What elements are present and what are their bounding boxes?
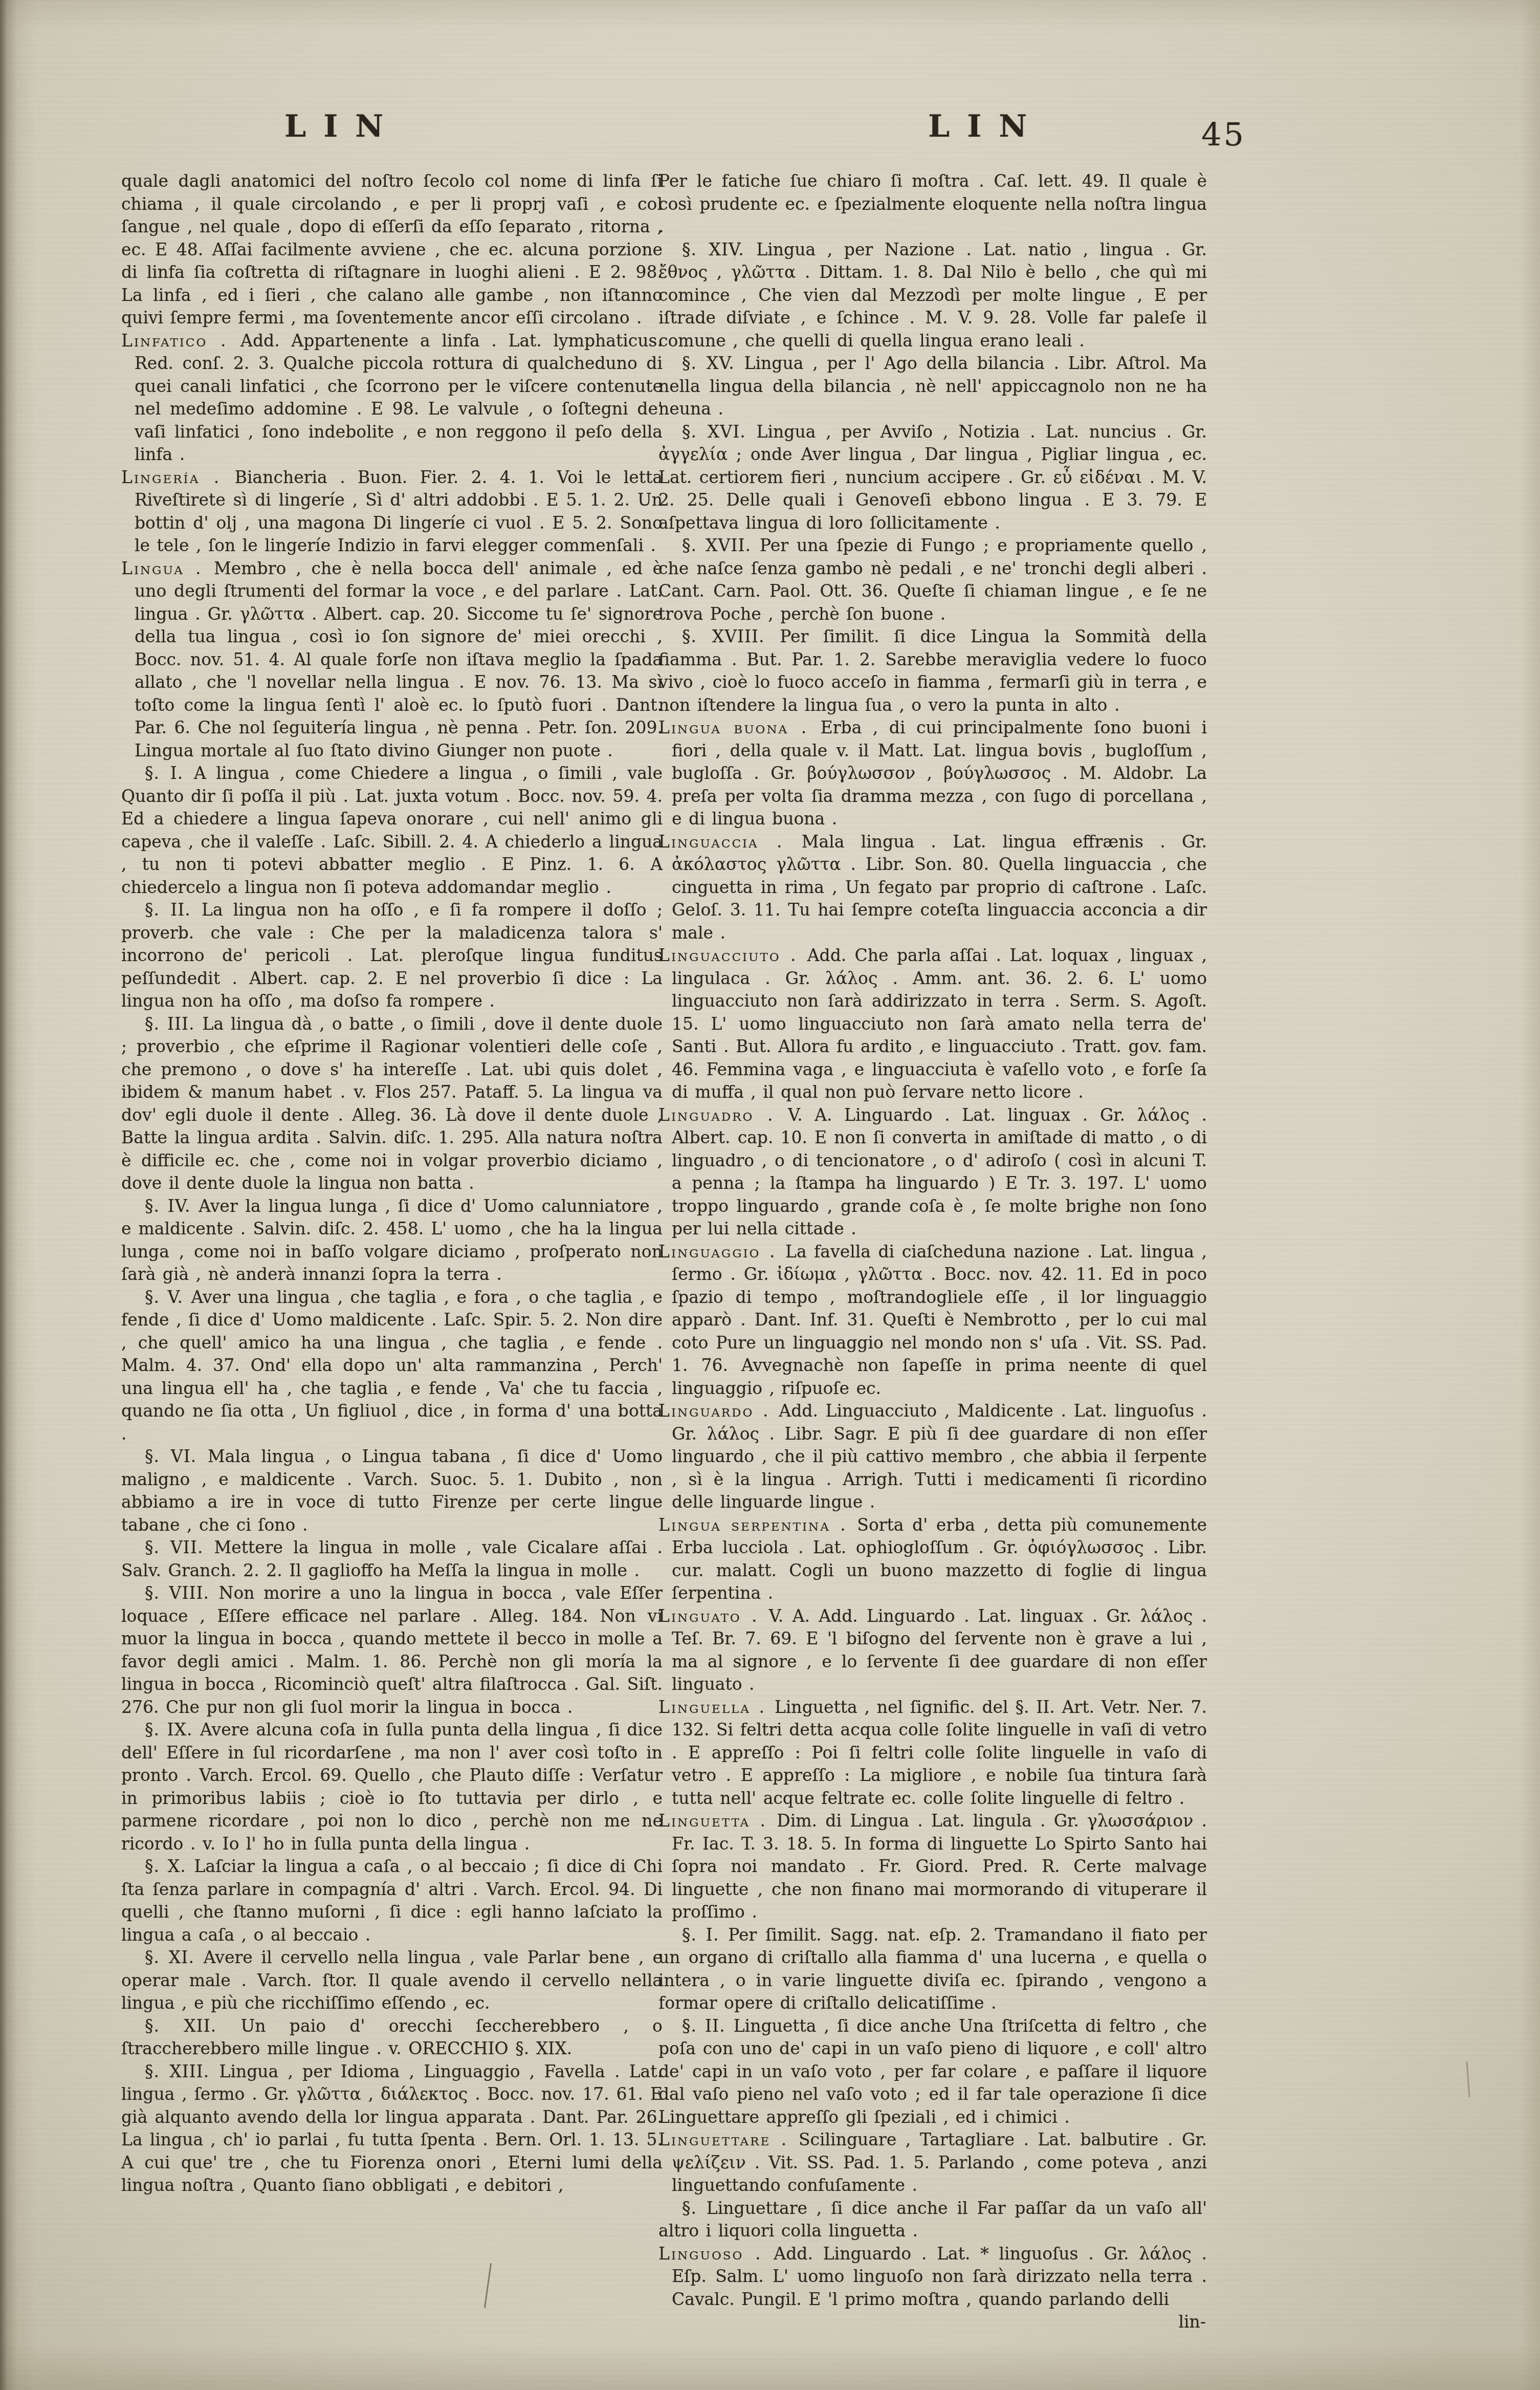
section-number: §. VIII. (145, 1583, 219, 1603)
entry-section: §. XI. Avere il cervello nella lingua , … (121, 1946, 663, 2015)
dictionary-entry: Linguetta . Dim. di Lingua . Lat. lingul… (658, 1810, 1207, 1924)
entry-headword: Linguetta . (658, 1811, 777, 1831)
section-number: §. XIV. (682, 240, 756, 259)
section-number: §. I. (682, 1925, 728, 1945)
entry-headword: Linguaccia . (658, 832, 802, 852)
entry-headword: Linguardo . (658, 1401, 779, 1421)
dictionary-entry: Linguaggio . La favella di ciaſcheduna n… (658, 1241, 1207, 1400)
dictionary-entry: Lingua . Membro , che è nella bocca dell… (121, 557, 663, 763)
scan-artifact (484, 2263, 492, 2308)
running-title-right: LIN (928, 108, 1044, 144)
dictionary-entry: Linguella . Linguetta , nel ſignific. de… (658, 1696, 1207, 1810)
section-number: §. V. (145, 1287, 191, 1307)
dictionary-entry: Lingua buona . Erba , di cui principalme… (658, 716, 1207, 831)
section-number: §. XI. (145, 1947, 204, 1967)
section-number: §. VI. (145, 1446, 208, 1466)
dictionary-entry: Linguacciuto . Add. Che parla aſſai . La… (658, 944, 1207, 1104)
section-number: §. XVII. (682, 535, 760, 555)
dictionary-entry: Linguardo . Add. Linguacciuto , Maldicen… (658, 1400, 1207, 1514)
entry-section: §. X. Laſciar la lingua a caſa , o al be… (121, 1855, 663, 1946)
entry-headword: Linguettare . (658, 2130, 799, 2149)
entry-section: §. V. Aver una lingua , che taglia , e f… (121, 1286, 663, 1446)
entry-section: §. II. La lingua non ha oſſo , e ſi fa r… (121, 899, 663, 1013)
section-number: §. VII. (145, 1537, 214, 1557)
dictionary-entry: Linguadro . V. A. Linguardo . Lat. lingu… (658, 1104, 1207, 1241)
entry-section: §. XVII. Per una ſpezie di Fungo ; e pro… (658, 534, 1207, 625)
entry-section: §. VII. Mettere la lingua in molle , val… (121, 1536, 663, 1582)
entry-headword: Linguoso . (658, 2244, 774, 2264)
section-number: §. IV. (145, 1196, 199, 1216)
entry-headword: Lingua . (121, 558, 214, 578)
entry-section: §. XII. Un paio d' orecchi ſeccherebbero… (121, 2015, 663, 2060)
entry-section: §. Linguettare , ſi dice anche il Far pa… (658, 2197, 1207, 2243)
section-number: §. IX. (145, 1720, 200, 1740)
section-number: §. XV. (682, 353, 744, 373)
entry-section: §. II. Linguetta , ſi dice anche Una ſtr… (658, 2015, 1207, 2129)
entry-headword: Linguaggio . (658, 1242, 785, 1262)
entry-section: §. XV. Lingua , per l' Ago della bilanci… (658, 352, 1207, 421)
entry-headword: Linguadro . (658, 1105, 788, 1125)
entry-section: §. XIII. Lingua , per Idioma , Linguaggi… (121, 2060, 663, 2197)
entry-section: §. XIV. Lingua , per Nazione . Lat. nati… (658, 238, 1207, 353)
dictionary-entry: Linguaccia . Mala lingua . Lat. lingua e… (658, 831, 1207, 945)
running-title-left: LIN (284, 108, 401, 144)
section-number: §. II. (682, 2016, 734, 2036)
entry-section: §. VI. Mala lingua , o Lingua tabana , ſ… (121, 1445, 663, 1536)
section-number: §. XIII. (145, 2061, 219, 2081)
page-number: 45 (1201, 116, 1246, 153)
continuation-paragraph: Per le fatiche ſue chiaro ſi moſtra . Ca… (658, 170, 1207, 238)
section-number: §. XII. (145, 2016, 241, 2036)
section-number: §. I. (145, 763, 194, 783)
scanned-book-page: LIN LIN 45 quale dagli anatomici del noſ… (0, 0, 1540, 2390)
section-number: §. (682, 2198, 707, 2218)
entry-section: §. I. A lingua , come Chiedere a lingua … (121, 762, 663, 899)
dictionary-entry: Lingería . Biancheria . Buon. Fier. 2. 4… (121, 466, 663, 557)
section-number: §. X. (145, 1856, 194, 1876)
entry-headword: Linguato . (658, 1606, 769, 1626)
dictionary-entry: Linguato . V. A. Add. Linguardo . Lat. l… (658, 1605, 1207, 1696)
entry-headword: Lingua buona . (658, 718, 821, 737)
text-column-left: quale dagli anatomici del noſtro ſecolo … (121, 170, 663, 2197)
entry-headword: Lingua serpentina . (658, 1515, 857, 1535)
text-column-right: Per le fatiche ſue chiaro ſi moſtra . Ca… (658, 170, 1207, 2334)
entry-section: §. IV. Aver la lingua lunga , ſi dice d'… (121, 1195, 663, 1286)
entry-section: §. I. Per ſimilit. Sagg. nat. eſp. 2. Tr… (658, 1924, 1207, 2015)
entry-section: §. VIII. Non morire a uno la lingua in b… (121, 1582, 663, 1719)
section-number: §. XVI. (682, 422, 757, 442)
dictionary-entry: Linguettare . Scilinguare , Tartagliare … (658, 2128, 1207, 2197)
continuation-paragraph: quale dagli anatomici del noſtro ſecolo … (121, 170, 663, 330)
entry-headword: Linguella . (658, 1697, 775, 1717)
entry-section: §. III. La lingua dà , o batte , o ſimil… (121, 1013, 663, 1195)
entry-headword: Linguacciuto . (658, 945, 807, 965)
section-number: §. XVIII. (682, 626, 780, 646)
dictionary-entry: Linfatico . Add. Appartenente a linfa . … (121, 330, 663, 466)
dictionary-entry: Linguoso . Add. Linguardo . Lat. * lingu… (658, 2243, 1207, 2311)
entry-headword: Linfatico . (121, 331, 240, 351)
entry-section: §. XVIII. Per ſimilit. ſi dice Lingua la… (658, 625, 1207, 716)
section-number: §. III. (145, 1014, 203, 1034)
entry-section: §. XVI. Lingua , per Avviſo , Notizia . … (658, 421, 1207, 535)
dictionary-entry: Lingua serpentina . Sorta d' erba , dett… (658, 1514, 1207, 1605)
entry-section: §. IX. Avere alcuna coſa in ſulla punta … (121, 1719, 663, 1855)
section-number: §. II. (145, 900, 202, 920)
scan-artifact (1466, 2061, 1470, 2097)
catchword: lin- (658, 2311, 1207, 2334)
entry-headword: Lingería . (121, 467, 235, 487)
